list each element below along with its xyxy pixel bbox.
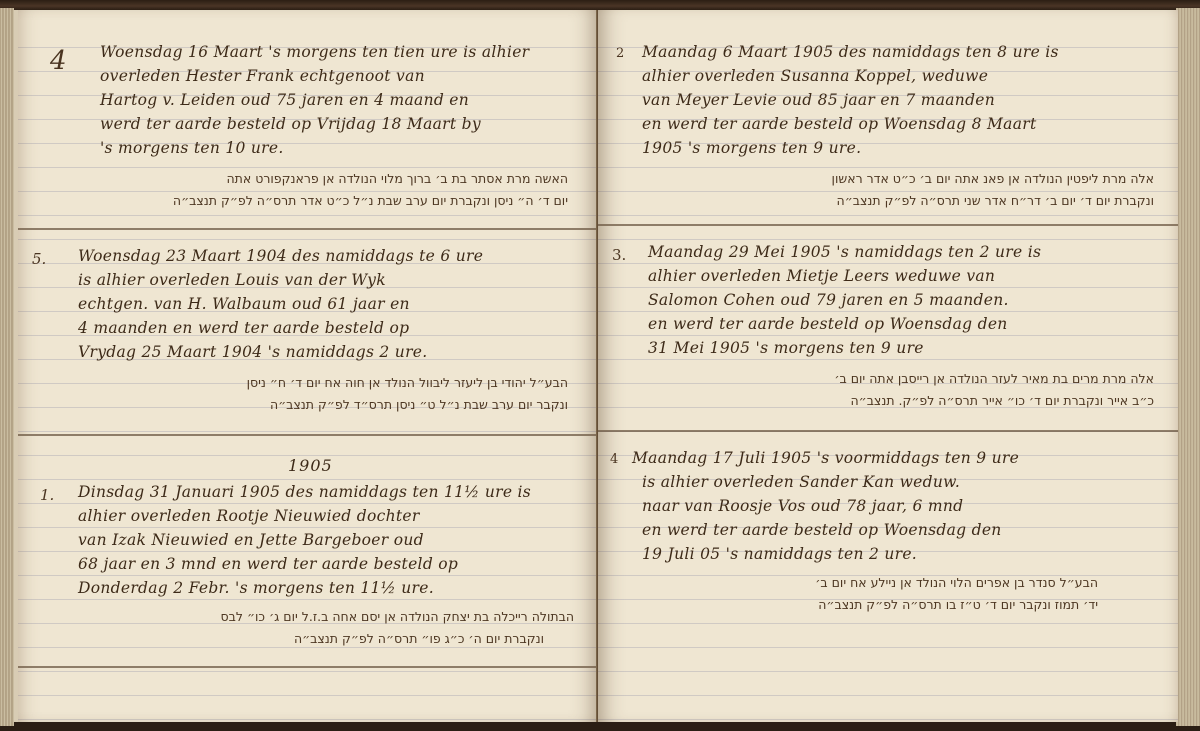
text-line: werd ter aarde besteld op Vrijdag 18 Maa…: [100, 112, 529, 136]
entry-number: 4: [610, 452, 618, 467]
text-line: יד׳ תמוז ונקבר יום ד׳ ט״ז בו תרס״ה לפ״ק …: [618, 594, 1098, 616]
right-page-edges: [1176, 8, 1200, 726]
text-line: כ״ב אייר ונקברת יום ד׳ כו״ אייר תרס״ה לפ…: [614, 390, 1154, 412]
entry-number: 4: [50, 46, 67, 76]
text-line: overleden Hester Frank echtgenoot van: [100, 64, 529, 88]
entry-number: 5.: [32, 250, 46, 268]
entry-dutch-text: Maandag 29 Mei 1905 's namiddags ten 2 u…: [648, 240, 1041, 360]
text-line: האשה מרת אסתר בת ב׳ ברוך מלוי הנולדה אן …: [28, 168, 568, 190]
entry-number: 2: [616, 46, 624, 61]
text-line: 68 jaar en 3 mnd en werd ter aarde beste…: [78, 552, 531, 576]
entry-hebrew-text: הבתולה רייכלה בת יצחק הנולדה אן יסם אחה …: [14, 606, 574, 650]
text-line: אלה מרת מרים בת מאיר לעזר הנולדה אן רייס…: [614, 368, 1154, 390]
text-line: echtgen. van H. Walbaum oud 61 jaar en: [78, 292, 483, 316]
text-line: van Izak Nieuwied en Jette Bargeboer oud: [78, 528, 531, 552]
text-line: Vrydag 25 Maart 1904 's namiddags 2 ure.: [78, 340, 483, 364]
text-line: en werd ter aarde besteld op Woensdag de…: [632, 518, 1019, 542]
entry-divider: [18, 666, 598, 668]
text-line: 's morgens ten 10 ure.: [100, 136, 529, 160]
entry-dutch-text: Woensdag 16 Maart 's morgens ten tien ur…: [100, 40, 529, 160]
right-page: 2 Maandag 6 Maart 1905 des namiddags ten…: [598, 10, 1178, 722]
text-line: Woensdag 23 Maart 1904 des namiddags te …: [78, 244, 483, 268]
entry-dutch-text: Maandag 17 Juli 1905 's voormiddags ten …: [632, 446, 1019, 566]
text-line: אלה מרת ליפטין הנולדה אן פאנ אתה יום ב׳ …: [654, 168, 1154, 190]
entry-divider: [598, 430, 1178, 432]
entry-dutch-text: Dinsdag 31 Januari 1905 des namiddags te…: [78, 480, 531, 600]
text-line: 19 Juli 05 's namiddags ten 2 ure.: [632, 542, 1019, 566]
entry-divider: [598, 224, 1178, 226]
book-spread: 4 Woensdag 16 Maart 's morgens ten tien …: [0, 0, 1200, 731]
text-line: 4 maanden en werd ter aarde besteld op: [78, 316, 483, 340]
text-line: Dinsdag 31 Januari 1905 des namiddags te…: [78, 480, 531, 504]
text-line: Donderdag 2 Febr. 's morgens ten 11½ ure…: [78, 576, 531, 600]
text-line: alhier overleden Mietje Leers weduwe van: [648, 264, 1041, 288]
text-line: Hartog v. Leiden oud 75 jaren en 4 maand…: [100, 88, 529, 112]
text-line: Woensdag 16 Maart 's morgens ten tien ur…: [100, 40, 529, 64]
text-line: 1905 's morgens ten 9 ure.: [642, 136, 1059, 160]
text-line: alhier overleden Rootje Nieuwied dochter: [78, 504, 531, 528]
text-line: Maandag 29 Mei 1905 's namiddags ten 2 u…: [648, 240, 1041, 264]
text-line: is alhier overleden Louis van der Wyk: [78, 268, 483, 292]
entry-divider: [18, 434, 598, 436]
entry-hebrew-text: אלה מרת מרים בת מאיר לעזר הנולדה אן רייס…: [614, 368, 1154, 412]
entry-hebrew-text: הבע״ל סנדר בן אפרים הלוי הנולד אן ניילע …: [618, 572, 1098, 616]
text-line: ונקברת יום ה׳ כ״ג פו״ תרס״ה לפ״ק תנצב״ה: [14, 628, 574, 650]
year-heading: 1905: [288, 456, 333, 475]
entry-divider: [18, 228, 598, 230]
text-line: הבע״ל יהודי בן ליעזר ליבוול הנולד אן חוה…: [48, 372, 568, 394]
text-line: ונקברת יום ד׳ יום ב׳ דר״ח אדר שני תרס״ה …: [654, 190, 1154, 212]
entry-dutch-text: Woensdag 23 Maart 1904 des namiddags te …: [78, 244, 483, 364]
entry-dutch-text: Maandag 6 Maart 1905 des namiddags ten 8…: [642, 40, 1059, 160]
text-line: van Meyer Levie oud 85 jaar en 7 maanden: [642, 88, 1059, 112]
text-line: Maandag 17 Juli 1905 's voormiddags ten …: [632, 446, 1019, 470]
left-page-edges: [0, 8, 14, 726]
text-line: 31 Mei 1905 's morgens ten 9 ure: [648, 336, 1041, 360]
left-page: 4 Woensdag 16 Maart 's morgens ten tien …: [14, 10, 598, 722]
text-line: naar van Roosje Vos oud 78 jaar, 6 mnd: [632, 494, 1019, 518]
text-line: en werd ter aarde besteld op Woensdag 8 …: [642, 112, 1059, 136]
text-line: en werd ter aarde besteld op Woensdag de…: [648, 312, 1041, 336]
text-line: Maandag 6 Maart 1905 des namiddags ten 8…: [642, 40, 1059, 64]
entry-number: 3.: [612, 246, 626, 264]
text-line: הבתולה רייכלה בת יצחק הנולדה אן יסם אחה …: [14, 606, 574, 628]
entry-hebrew-text: אלה מרת ליפטין הנולדה אן פאנ אתה יום ב׳ …: [654, 168, 1154, 212]
text-line: Salomon Cohen oud 79 jaren en 5 maanden.: [648, 288, 1041, 312]
entry-number: 1.: [40, 486, 54, 504]
entry-hebrew-text: האשה מרת אסתר בת ב׳ ברוך מלוי הנולדה אן …: [28, 168, 568, 212]
text-line: ונקבר יום ערב שבת נ״ל ט״ ניסן תרס״ד לפ״ק…: [48, 394, 568, 416]
text-line: alhier overleden Susanna Koppel, weduwe: [642, 64, 1059, 88]
text-line: הבע״ל סנדר בן אפרים הלוי הנולד אן ניילע …: [618, 572, 1098, 594]
text-line: יום ד׳ ה״ ניסן ונקברת יום ערב שבת נ״ל כ״…: [28, 190, 568, 212]
text-line: is alhier overleden Sander Kan weduw.: [632, 470, 1019, 494]
entry-hebrew-text: הבע״ל יהודי בן ליעזר ליבוול הנולד אן חוה…: [48, 372, 568, 416]
